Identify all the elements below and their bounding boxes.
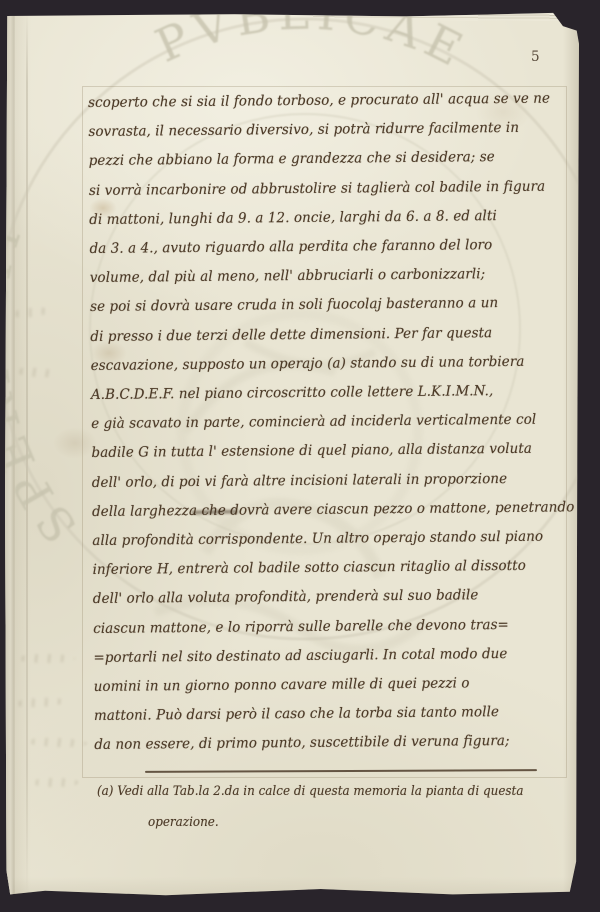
page-left-edge xyxy=(5,12,15,897)
footnote-line: operazione. xyxy=(148,815,219,830)
bleedthrough-mark xyxy=(14,697,66,709)
handwritten-line: se poi si dovrà usare cruda in soli fuoc… xyxy=(90,289,557,323)
handwritten-line: A.B.C.D.E.F. nel piano circoscritto coll… xyxy=(91,377,558,411)
bleedthrough-mark xyxy=(15,366,60,378)
handwritten-line: ciascun mattone, e lo riporrà sulle bare… xyxy=(93,610,560,644)
handwritten-line: inferiore H, entrerà col badile sotto ci… xyxy=(92,552,559,586)
handwritten-line: della larghezza che dovrà avere ciascun … xyxy=(92,493,559,527)
handwritten-line: pezzi che abbiano la forma e grandezza c… xyxy=(89,143,556,177)
handwritten-line: volume, dal più al meno, nell' abbruciar… xyxy=(90,260,557,294)
bleedthrough-mark xyxy=(11,306,52,319)
handwritten-line: da 3. a 4., avuto riguardo alla perdita … xyxy=(89,231,556,265)
handwritten-line: da non essere, di primo punto, suscettib… xyxy=(94,727,561,761)
page-number: 5 xyxy=(531,49,540,65)
handwritten-line: mattoni. Può darsi però il caso che la t… xyxy=(94,698,561,732)
handwritten-line: sovrasta, il necessario diversivo, si po… xyxy=(88,114,555,148)
handwritten-line: si vorrà incarbonire od abbrustolire si … xyxy=(89,172,556,206)
handwritten-line: e già scavato in parte, comincierà ad in… xyxy=(91,406,558,440)
handwritten-line: di mattoni, lunghi da 9. a 12. oncie, la… xyxy=(89,201,556,235)
handwritten-line: dell' orlo, di poi vi farà altre incisio… xyxy=(92,464,559,498)
handwritten-line: di presso i due terzi delle dette dimens… xyxy=(90,318,557,352)
footnote-line: (a) Vedi alla Tab.la 2.da in calce di qu… xyxy=(97,784,523,799)
handwritten-line: scoperto che si sia il fondo torboso, e … xyxy=(88,85,555,119)
manuscript-text-block: scoperto che si sia il fondo torboso, e … xyxy=(88,84,580,760)
watermark-arc-left-text: SPERITATI xyxy=(5,213,87,552)
bleedthrough-mark xyxy=(27,737,87,748)
handwritten-line: uomini in un giorno ponno cavare mille d… xyxy=(94,669,561,703)
handwritten-line: alla profondità corrispondente. Un altro… xyxy=(92,523,559,557)
watermark-arc-top-text: PVBLICAE xyxy=(148,12,477,80)
bleedthrough-mark xyxy=(31,778,79,787)
handwritten-line: dell' orlo alla voluta profondità, prend… xyxy=(93,581,560,615)
scan-background: SPERITATI PVBLICAE 5 scoperto che si sia… xyxy=(0,0,600,912)
crease-line xyxy=(26,12,28,897)
handwritten-line: escavazione, supposto un operajo (a) sta… xyxy=(91,347,558,381)
handwritten-line: badile G in tutta l' estensione di quel … xyxy=(91,435,558,469)
handwritten-line: =portarli nel sito destinato ad asciugar… xyxy=(93,639,560,673)
manuscript-page: SPERITATI PVBLICAE 5 scoperto che si sia… xyxy=(5,12,579,897)
stacked-page-edges xyxy=(313,12,571,21)
